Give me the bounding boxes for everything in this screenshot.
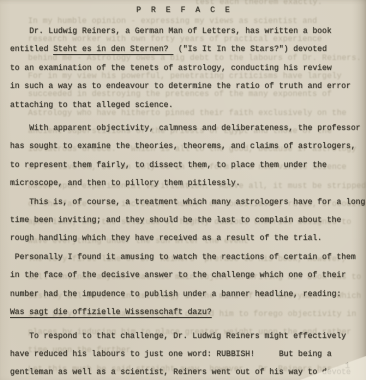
text-segment: To respond to that challenge, Dr. Ludwig… (10, 332, 346, 341)
text-line: gentleman as well as a scientist, Reiner… (10, 364, 362, 380)
text-segment: Dr. Ludwig Reiners, a German Man of Lett… (10, 27, 332, 36)
text-line: To respond to that challenge, Dr. Ludwig… (10, 328, 362, 346)
text-line: entitled Steht es in den Sternen? ("Is I… (10, 41, 362, 59)
text-segment: Personally I found it amusing to watch t… (10, 253, 356, 262)
preface-title: PREFACE (0, 6, 366, 15)
text-segment: attaching to that alleged science. (10, 101, 173, 110)
text-segment: time been inviting; and they should be t… (10, 216, 341, 225)
underlined-text: Steht es in den Sternen? (53, 45, 173, 54)
text-segment: microscope, and then to pillory them pit… (10, 179, 240, 188)
text-segment: have reduced his labours to just one wor… (10, 350, 332, 359)
text-segment: to an examination of the tenets of astro… (10, 64, 332, 73)
text-line: in the face of the decisive answer to th… (10, 267, 362, 285)
text-line: to an examination of the tenets of astro… (10, 60, 362, 78)
text-line: This is, of course, a treatment which ma… (10, 194, 362, 212)
text-line: rough handling which they have received … (10, 230, 362, 248)
text-segment: in such a way as to endeavour to determi… (10, 82, 351, 91)
text-line: microscope, and then to pillory them pit… (10, 175, 362, 193)
text-line: has sought to examine the theories, theo… (10, 138, 362, 156)
text-line: in such a way as to endeavour to determi… (10, 78, 362, 96)
text-segment: With apparent objectivity, calmness and … (10, 124, 360, 133)
document-page: test each theorem exactly.In my humble o… (0, 0, 366, 380)
underlined-text: Was sagt die offizielle Wissenschaft daz… (10, 308, 212, 317)
text-segment: number had the impudence to publish unde… (10, 290, 341, 299)
text-segment: in the face of the decisive answer to th… (10, 271, 346, 280)
text-line: Dr. Ludwig Reiners, a German Man of Lett… (10, 23, 362, 41)
text-line: attaching to that alleged science. (10, 97, 362, 115)
preface-content: PREFACE Dr. Ludwig Reiners, a German Man… (0, 0, 366, 380)
text-line: have reduced his labours to just one wor… (10, 346, 362, 364)
text-segment: This is, of course, a treatment which ma… (10, 198, 365, 207)
page-number: 1 (345, 362, 350, 371)
text-line: Personally I found it amusing to watch t… (10, 249, 362, 267)
text-segment: to represent them fairly, to dissect the… (10, 161, 327, 170)
preface-body: Dr. Ludwig Reiners, a German Man of Lett… (10, 23, 362, 380)
text-line: time been inviting; and they should be t… (10, 212, 362, 230)
text-line: With apparent objectivity, calmness and … (10, 120, 362, 138)
text-line: to represent them fairly, to dissect the… (10, 157, 362, 175)
text-segment: rough handling which they have received … (10, 234, 322, 243)
text-segment: has sought to examine the theories, theo… (10, 142, 356, 151)
text-line: number had the impudence to publish unde… (10, 286, 362, 304)
text-line: Was sagt die offizielle Wissenschaft daz… (10, 304, 362, 322)
text-segment: ("Is It In the Stars?") devoted (173, 45, 327, 54)
text-segment: entitled (10, 45, 53, 54)
text-segment: gentleman as well as a scientist, Reiner… (10, 368, 351, 377)
